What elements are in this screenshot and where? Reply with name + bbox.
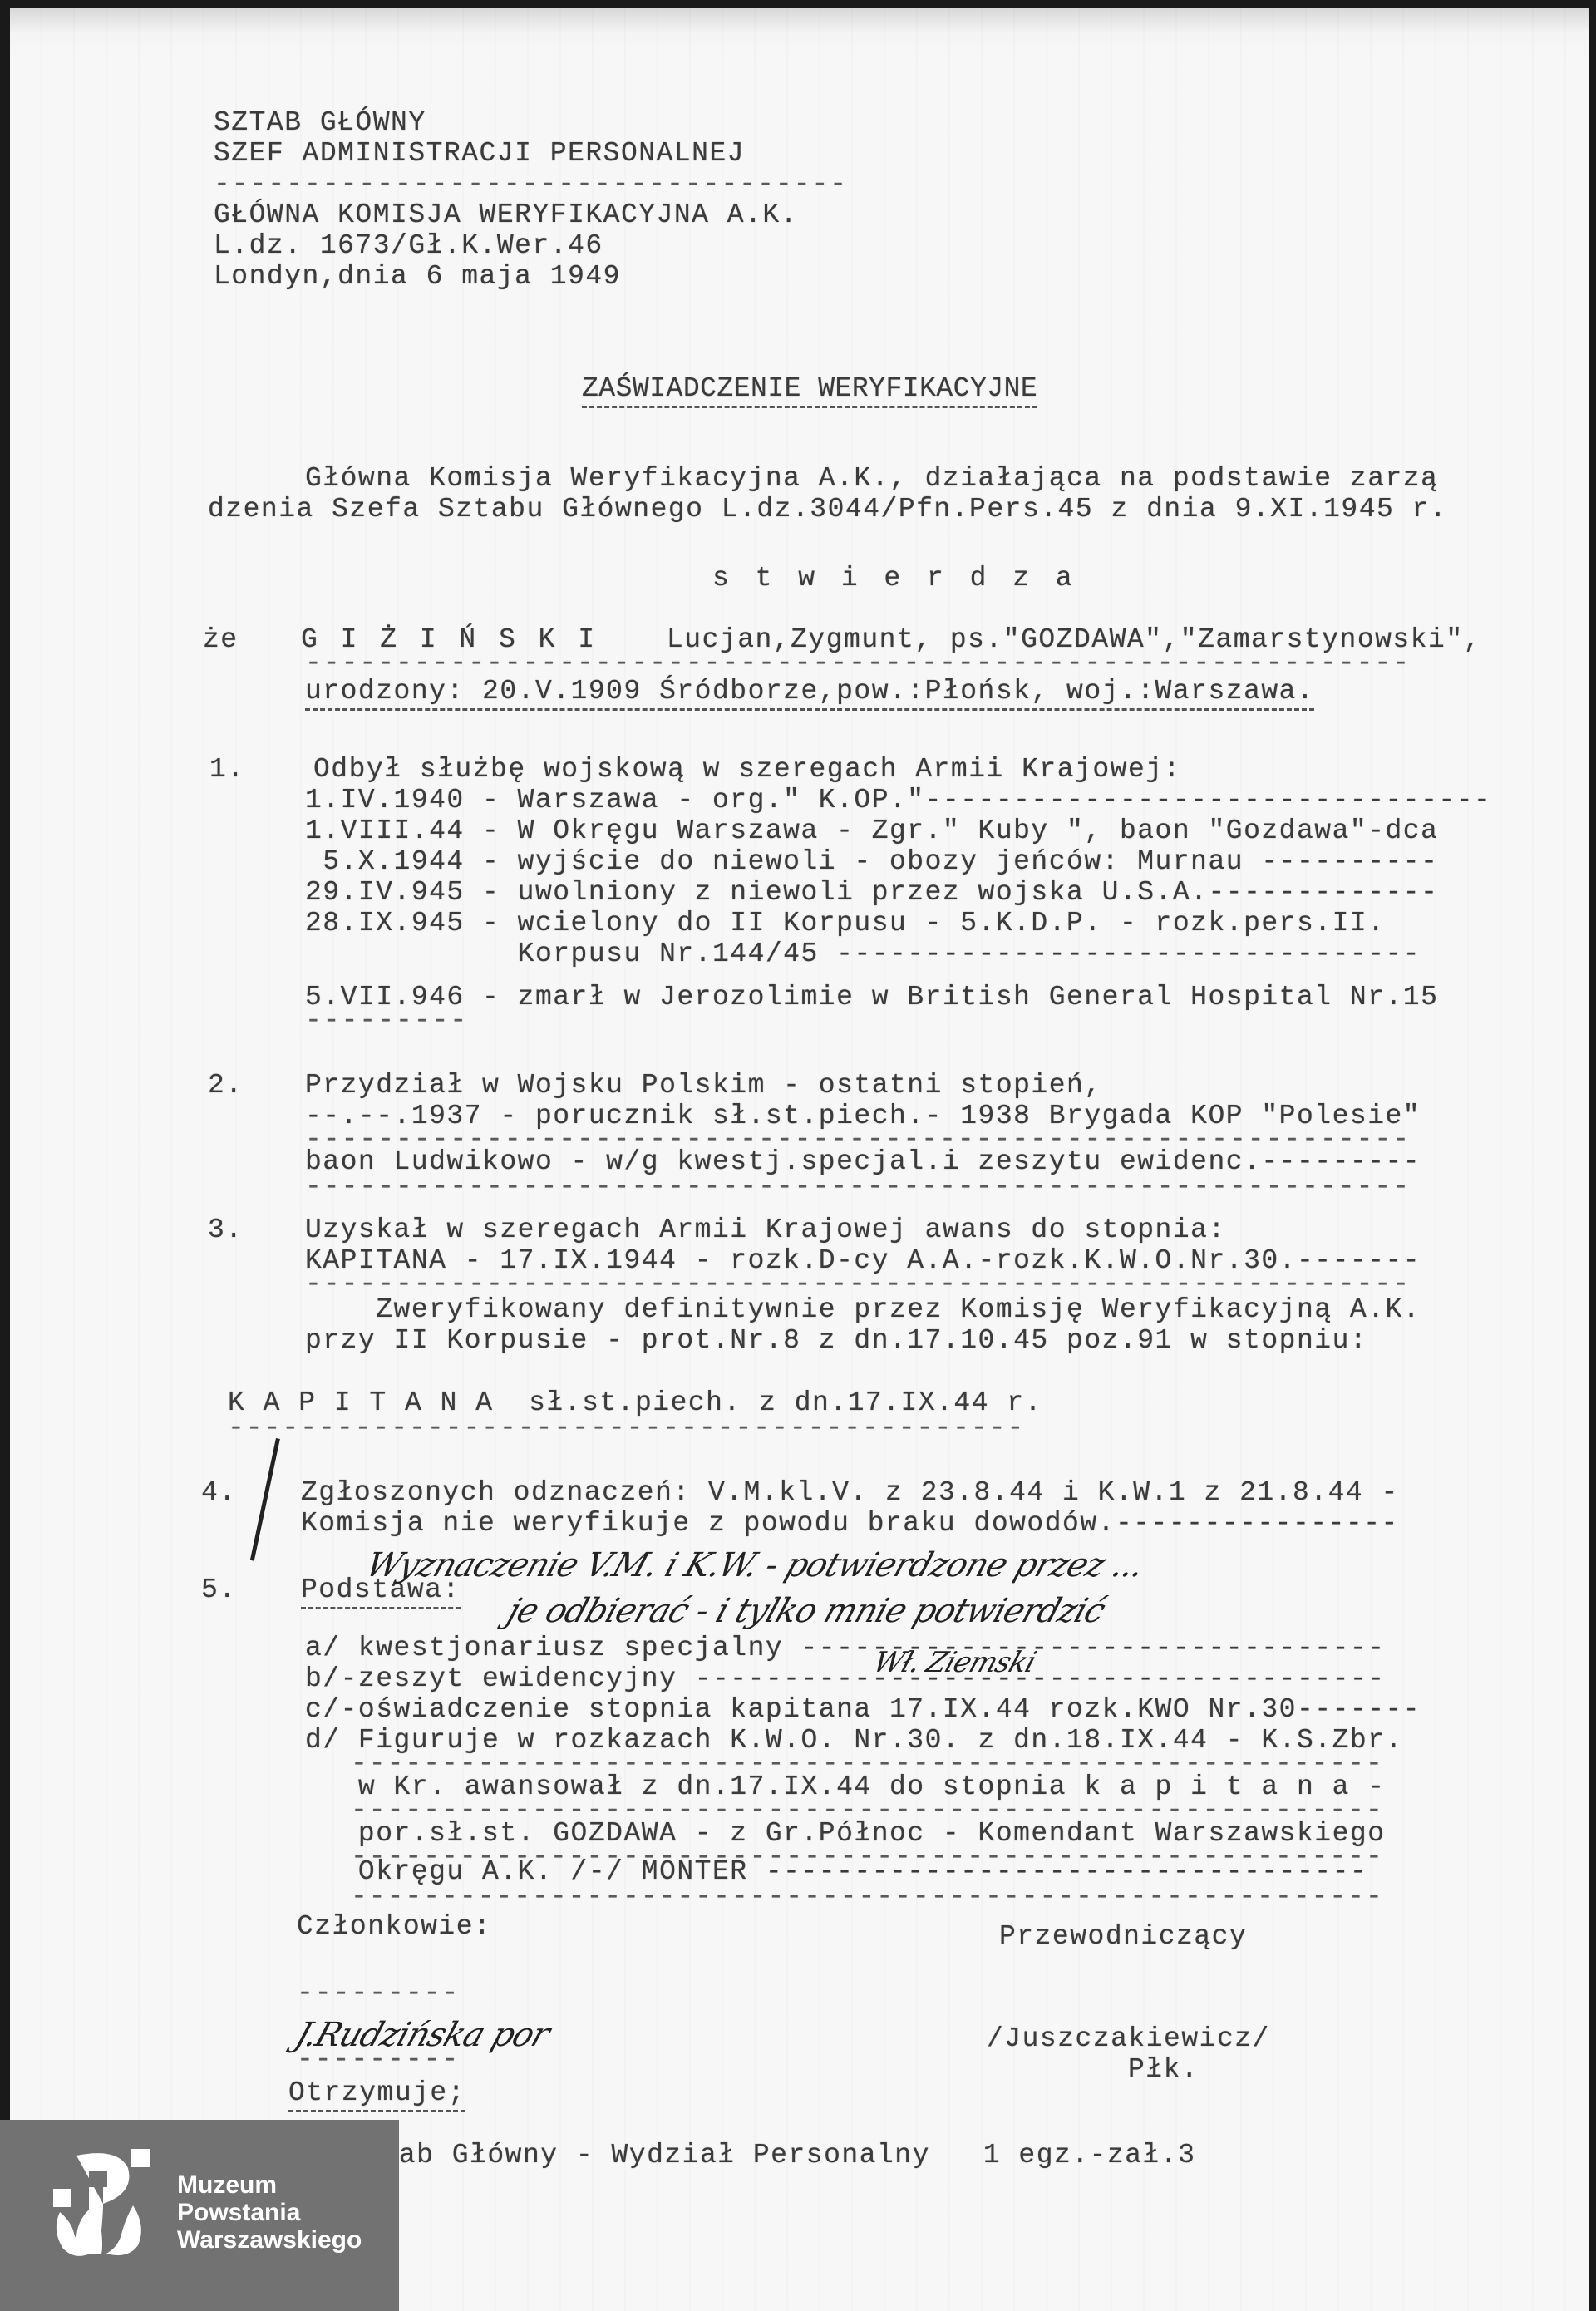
section-5-item: b/-zeszyt ewidencyjny ------------------… — [305, 1664, 1386, 1694]
section-5-number: 5. — [201, 1575, 237, 1605]
chairman-rank: Płk. — [1128, 2055, 1199, 2085]
section-1-line: 5.X.1944 - wyjście do niewoli - obozy je… — [305, 847, 1438, 877]
section-1-number: 1. — [209, 755, 245, 785]
header-commission: GŁÓWNA KOMISJA WERYFIKACYJNA A.K. — [214, 200, 798, 230]
recipients-label: Otrzymuje; — [288, 2078, 465, 2112]
section-1-line: 29.IV.945 - uwolniony z niewoli przez wo… — [305, 878, 1438, 908]
section-1-date-underline: --------- — [305, 1006, 468, 1036]
intro-line-1: Główna Komisja Weryfikacyjna A.K., dział… — [305, 464, 1438, 494]
verified-rank-underline: ----------------------------------------… — [228, 1413, 1025, 1443]
recipient-item: 1. Sztab Główny - Wydział Personalny 1 e… — [293, 2141, 1195, 2171]
intro-line-2: dzenia Szefa Sztabu Głównego L.dz.3044/P… — [208, 495, 1447, 525]
section-3-number: 3. — [208, 1215, 244, 1245]
reference-number: L.dz. 1673/Gł.K.Wer.46 — [214, 231, 603, 261]
chairman-name: /Juszczakiewicz/ — [987, 2024, 1270, 2054]
section-4-line: Komisja nie weryfikuje z powodu braku do… — [301, 1509, 1399, 1539]
subject-underline: ----------------------------------------… — [305, 648, 1411, 678]
stwierdza-heading: s t w i e r d z a — [712, 564, 1077, 594]
section-3-line: Zweryfikowany definitywnie przez Komisję… — [305, 1295, 1421, 1325]
section-3-line: Uzyskał w szeregach Armii Krajowej awans… — [305, 1215, 1226, 1245]
section-1-line: 5.VII.946 - zmarł w Jerozolimie w Britis… — [305, 983, 1438, 1013]
section-2-number: 2. — [208, 1071, 244, 1101]
section-2-underline: ----------------------------------------… — [305, 1172, 1411, 1202]
section-4-line: Zgłoszonych odznaczeń: V.M.kl.V. z 23.8.… — [301, 1478, 1399, 1508]
museum-name-line-3: Warszawskiego — [177, 2226, 362, 2254]
header-divider: ----------------------------------- — [214, 170, 848, 200]
place-date: Londyn,dnia 6 maja 1949 — [214, 262, 621, 292]
section-2-line: Przydział w Wojsku Polskim - ostatni sto… — [305, 1071, 1102, 1101]
members-label: Członkowie: — [297, 1912, 491, 1942]
section-1-line: 1.VIII.44 - W Okręgu Warszawa - Zgr." Ku… — [305, 816, 1438, 846]
section-1-line: 28.IX.945 - wcielony do II Korpusu - 5.K… — [305, 909, 1386, 939]
section-5-item: c/-oświadczenie stopnia kapitana 17.IX.4… — [305, 1695, 1421, 1725]
document-page: SZTAB GŁÓWNY SZEF ADMINISTRACJI PERSONAL… — [10, 8, 1589, 2311]
subject-birth: urodzony: 20.V.1909 Śródborze,pow.:Płońs… — [305, 677, 1314, 711]
section-5-underline: ----------------------------------------… — [351, 1882, 1384, 1912]
members-dashes: --------- — [297, 1978, 460, 2008]
section-3-line: przy II Korpusie - prot.Nr.8 z dn.17.10.… — [305, 1326, 1367, 1356]
handwritten-note-1: Wyznaczenie V.M. i K.W. - potwierdzone p… — [362, 1546, 1149, 1584]
section-5-item: a/ kwestjonariusz specjalny ------------… — [305, 1633, 1386, 1663]
subject-prefix: że — [203, 625, 239, 655]
section-1-line: Odbył służbę wojskową w szeregach Armii … — [313, 755, 1181, 785]
handwritten-note-2: je odbierać - i tylko mnie potwierdzić — [503, 1592, 1110, 1630]
handwritten-bracket — [250, 1438, 280, 1561]
document-title: ZAŚWIADCZENIE WERYFIKACYJNE — [582, 374, 1037, 408]
section-4-number: 4. — [201, 1478, 237, 1508]
header-line-1: SZTAB GŁÓWNY — [214, 108, 426, 138]
museum-anchor-logo-icon — [52, 2147, 151, 2264]
chairman-label: Przewodniczący — [999, 1922, 1247, 1952]
header-line-2: SZEF ADMINISTRACJI PERSONALNEJ — [214, 139, 745, 169]
museum-name-line-1: Muzeum — [177, 2171, 277, 2199]
museum-name: Muzeum Powstania Warszawskiego — [177, 2171, 362, 2254]
members-dashes: --------- — [297, 2045, 460, 2075]
museum-name-line-2: Powstania — [177, 2199, 300, 2226]
section-1-line: 1.IV.1940 - Warszawa - org." K.OP."-----… — [305, 786, 1491, 816]
section-1-line: Korpusu Nr.144/45 ----------------------… — [305, 939, 1421, 969]
